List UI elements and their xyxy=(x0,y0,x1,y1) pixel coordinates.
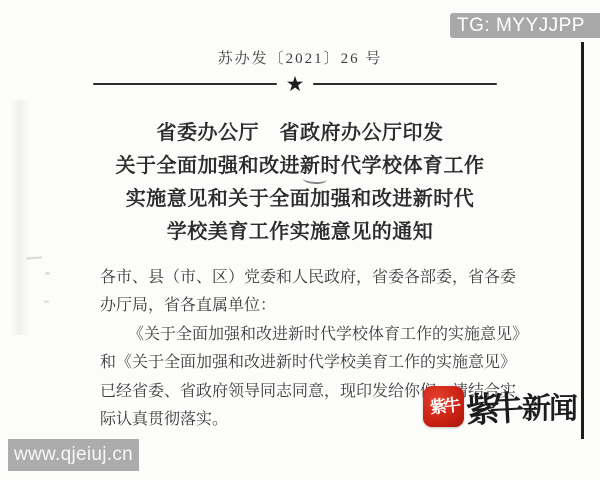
page-right-rule xyxy=(581,42,584,439)
site-watermark: www.qjeiuj.cn xyxy=(8,439,139,471)
star-icon: ★ xyxy=(286,74,305,94)
title-line: 学校美育工作实施意见的通知 xyxy=(0,216,600,249)
divider-line-right xyxy=(313,83,497,86)
brand-calligraphy-text: 紫牛 xyxy=(465,380,515,431)
body-line: 《关于全面加强和改进新时代学校体育工作的实施意见》 xyxy=(100,321,540,349)
title-line: 省委办公厅 省政府办公厅印发 xyxy=(0,117,600,150)
title-line: 关于全面加强和改进新时代学校体育工作 xyxy=(0,150,600,183)
tg-watermark-badge: TG: MYYJJPP xyxy=(450,13,600,38)
scan-smudge xyxy=(26,256,42,259)
scan-smudge xyxy=(45,272,50,275)
document-photo: TG: MYYJJPP 苏办发〔2021〕26 号 ★ 省委办公厅 省政府办公厅… xyxy=(0,0,600,480)
ziniu-app-icon: 紫牛 xyxy=(423,386,464,427)
brand-regular-text: 新闻 xyxy=(522,386,576,427)
body-line: 和《关于全面加强和改进新时代学校美育工作的实施意见》 xyxy=(100,349,540,377)
document-number: 苏办发〔2021〕26 号 xyxy=(0,47,600,68)
ziniu-news-logo: 紫牛 紫牛 新闻 xyxy=(423,384,576,428)
divider-line-left xyxy=(93,83,277,86)
scan-smudge xyxy=(44,300,49,303)
body-line: 各市、县（市、区）党委和人民政府，省委各部委，省各委 xyxy=(100,264,540,292)
star-divider: ★ xyxy=(93,74,497,94)
ziniu-app-icon-text: 紫牛 xyxy=(429,396,459,416)
title-line: 实施意见和关于全面加强和改进新时代 xyxy=(0,183,600,216)
document-title: 省委办公厅 省政府办公厅印发 关于全面加强和改进新时代学校体育工作 实施意见和关… xyxy=(0,117,600,249)
ziniu-brand-name: 紫牛 新闻 xyxy=(466,382,576,431)
body-line: 办厅局，省各直属单位： xyxy=(100,292,540,320)
